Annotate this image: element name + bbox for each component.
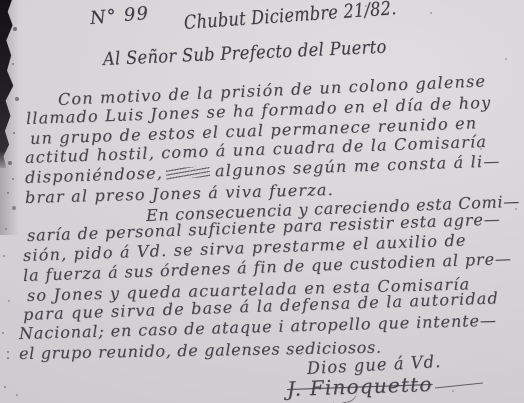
scanned-letter: N° 99 Chubut Diciembre 21/82. Al Señor S… (0, 0, 524, 403)
signature-flourish (435, 383, 483, 389)
salutation: Al Señor Sub Prefecto del Puerto (103, 37, 388, 70)
dateline: Chubut Diciembre 21/82. (183, 0, 397, 34)
document-number: N° 99 (89, 3, 150, 29)
signature: J. Finoquetto (287, 372, 433, 401)
crossed-out-word (166, 166, 211, 180)
paper-specks (0, 0, 2, 2)
letter-line-5-before: disponiéndose, (25, 163, 164, 187)
